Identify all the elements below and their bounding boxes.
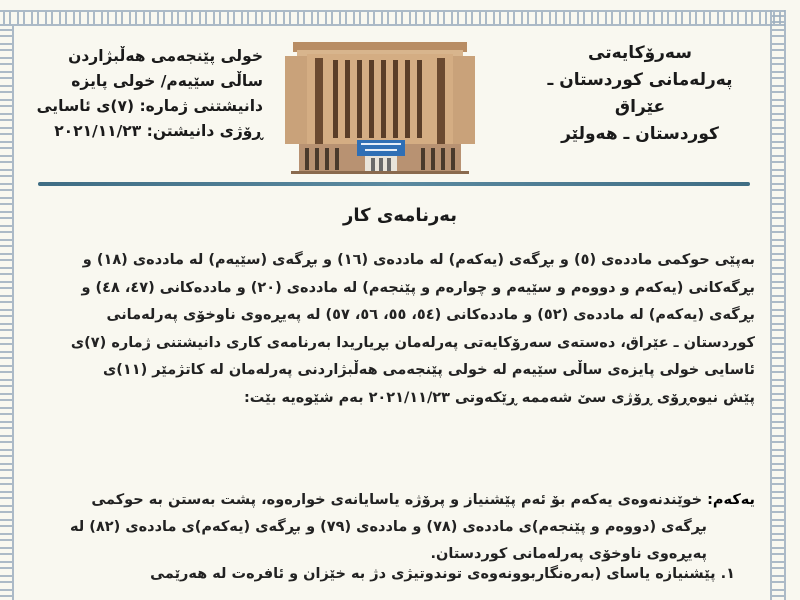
intro-paragraph: بەپێی حوکمی ماددەی (٥) و بڕگەی (یەکەم) ل… — [45, 247, 755, 412]
section-first-line-2: بڕگەی (دووەم و پێنجەم)ی ماددەی (٧٨) و ما… — [45, 514, 707, 541]
header-left-line-3: دانیشتنی ژمارە: (٧)ی ئاسایی — [28, 94, 263, 119]
intro-line-2: بڕگەکانی (یەکەم و دووەم و سێیەم و چوارەم… — [45, 275, 755, 303]
header-right-line-3: کوردستان ـ هەولێر — [520, 121, 760, 148]
section-first: یەکەم: خوێندنەوەی یەکەم بۆ ئەم پێشنیاز و… — [45, 487, 755, 568]
intro-line-1: بەپێی حوکمی ماددەی (٥) و بڕگەی (یەکەم) ل… — [45, 247, 755, 275]
intro-line-4: کوردستان ـ عێراق، دەستەی سەرۆکایەتی پەرل… — [45, 330, 755, 358]
meander-border-left — [0, 26, 14, 600]
document-page: سەرۆکایەتی پەرلەمانی کوردستان ـ عێراق کو… — [0, 0, 800, 600]
header-institution: سەرۆکایەتی پەرلەمانی کوردستان ـ عێراق کو… — [520, 40, 760, 148]
header-right-line-1: سەرۆکایەتی — [520, 40, 760, 67]
section-first-label: یەکەم: — [707, 492, 755, 508]
section-first-line-1: خوێندنەوەی یەکەم بۆ ئەم پێشنیاز و پرۆژە … — [91, 492, 707, 508]
header-session-info: خولی پێنجەمی هەڵبژاردن ساڵی سێیەم/ خولی … — [28, 44, 263, 144]
section-first-line-3: پەیڕەوی ناوخۆی پەرلەمانی کوردستان. — [45, 541, 707, 568]
intro-line-3: بڕگەی (یەکەم) لە ماددەی (٥٢) و ماددەکانی… — [45, 302, 755, 330]
building-icon — [285, 40, 475, 175]
list-item-text: پێشنیازە یاسای (بەرەنگاربوونەوەی توندوتی… — [150, 566, 715, 582]
parliament-building-image — [285, 40, 475, 175]
header-left-line-4: ڕۆژی دانیشتن: ٢٠٢١/١١/٢٣ — [28, 119, 263, 144]
header-divider — [38, 182, 750, 186]
meander-border-top — [0, 10, 785, 26]
document-title: بەرنامەی کار — [0, 205, 800, 226]
header-left-line-1: خولی پێنجەمی هەڵبژاردن — [28, 44, 263, 69]
header-right-line-2: پەرلەمانی کوردستان ـ عێراق — [520, 67, 760, 121]
list-item-number: ١. — [721, 566, 735, 582]
intro-line-6: پێش نیوەڕۆی ڕۆژی سێ شەممە ڕێکەوتی ٢٠٢١/١… — [45, 385, 755, 413]
meander-border-right — [770, 10, 786, 600]
list-item: ١. پێشنیازە یاسای (بەرەنگاربوونەوەی توند… — [45, 566, 735, 582]
intro-line-5: ئاسایی خولی پایزەی ساڵی سێیەم لە خولی پێ… — [45, 357, 755, 385]
header-left-line-2: ساڵی سێیەم/ خولی پایزە — [28, 69, 263, 94]
